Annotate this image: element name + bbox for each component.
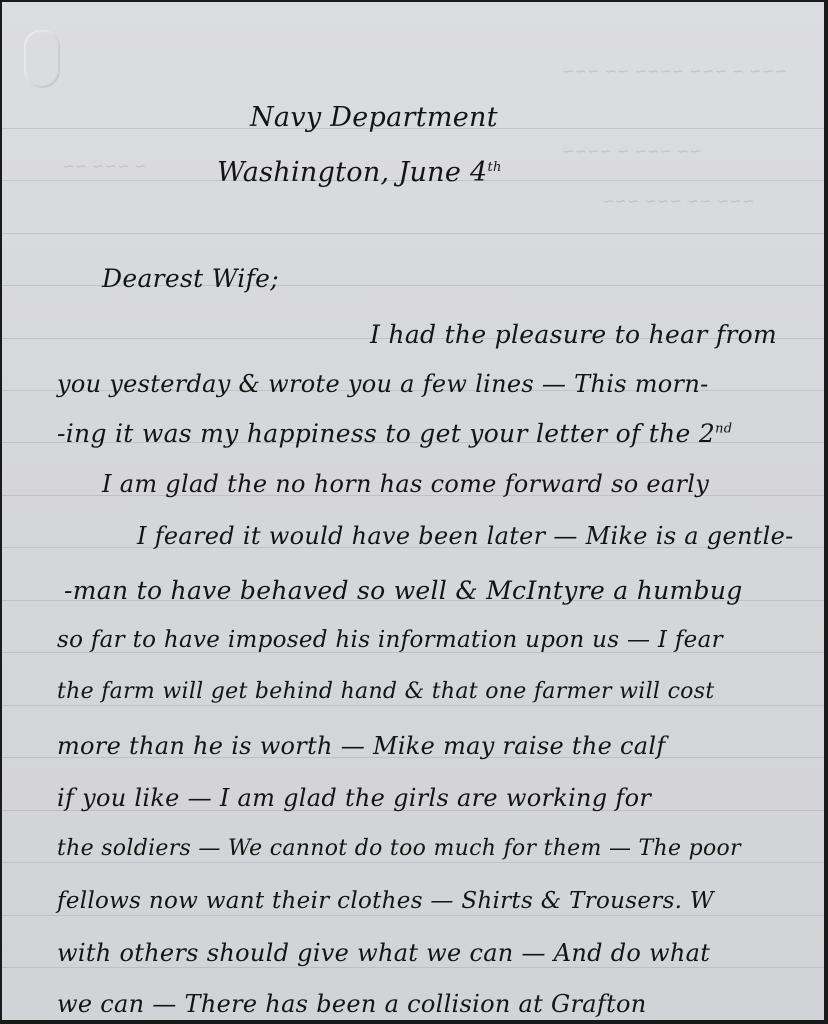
body-line: you yesterday & wrote you a few lines — …: [57, 370, 709, 398]
body-line: -man to have behaved so well & McIntyre …: [64, 576, 743, 605]
body-line: -ing it was my happiness to get your let…: [57, 419, 732, 448]
body-line: if you like — I am glad the girls are wo…: [57, 784, 651, 812]
bleed-through-text: ~~~ ~ ~~~ ~~~~ ~~ ~~~: [562, 62, 787, 80]
date-suffix: th: [487, 160, 501, 175]
body-line: we can — There has been a collision at G…: [57, 990, 647, 1018]
ruled-line: [2, 233, 824, 234]
bleed-through-text: ~~ ~~~ ~ ~~~~: [562, 142, 702, 160]
salutation: Dearest Wife;: [102, 264, 279, 293]
body-line-text: -ing it was my happiness to get your let…: [57, 419, 715, 448]
letter-page: ~~~ ~ ~~~ ~~~~ ~~ ~~~ ~~ ~~~ ~ ~~~~ ~~~ …: [2, 2, 824, 1020]
place-date: Washington, June 4th: [217, 157, 502, 188]
body-line: I feared it would have been later — Mike…: [137, 522, 794, 550]
embossed-seal-icon: [24, 30, 60, 88]
body-line: the soldiers — We cannot do too much for…: [57, 836, 741, 861]
ruled-line: [2, 705, 824, 706]
bleed-through-text: ~ ~~~ ~~: [62, 157, 147, 175]
body-line: fellows now want their clothes — Shirts …: [57, 888, 714, 914]
body-line: more than he is worth — Mike may raise t…: [57, 732, 666, 760]
bleed-through-text: ~~~ ~~ ~~~ ~~~: [602, 192, 755, 210]
ordinal-suffix: nd: [715, 422, 732, 437]
body-line: with others should give what we can — An…: [57, 939, 710, 967]
ruled-line: [2, 862, 824, 863]
place-date-text: Washington, June 4: [217, 157, 487, 188]
ruled-line: [2, 915, 824, 916]
body-line: I had the pleasure to hear from: [370, 320, 777, 349]
body-line: so far to have imposed his information u…: [57, 627, 723, 653]
body-line: I am glad the no horn has come forward s…: [102, 470, 709, 498]
ruled-line: [2, 967, 824, 968]
body-line: the farm will get behind hand & that one…: [57, 679, 714, 704]
letterhead: Navy Department: [250, 102, 498, 133]
